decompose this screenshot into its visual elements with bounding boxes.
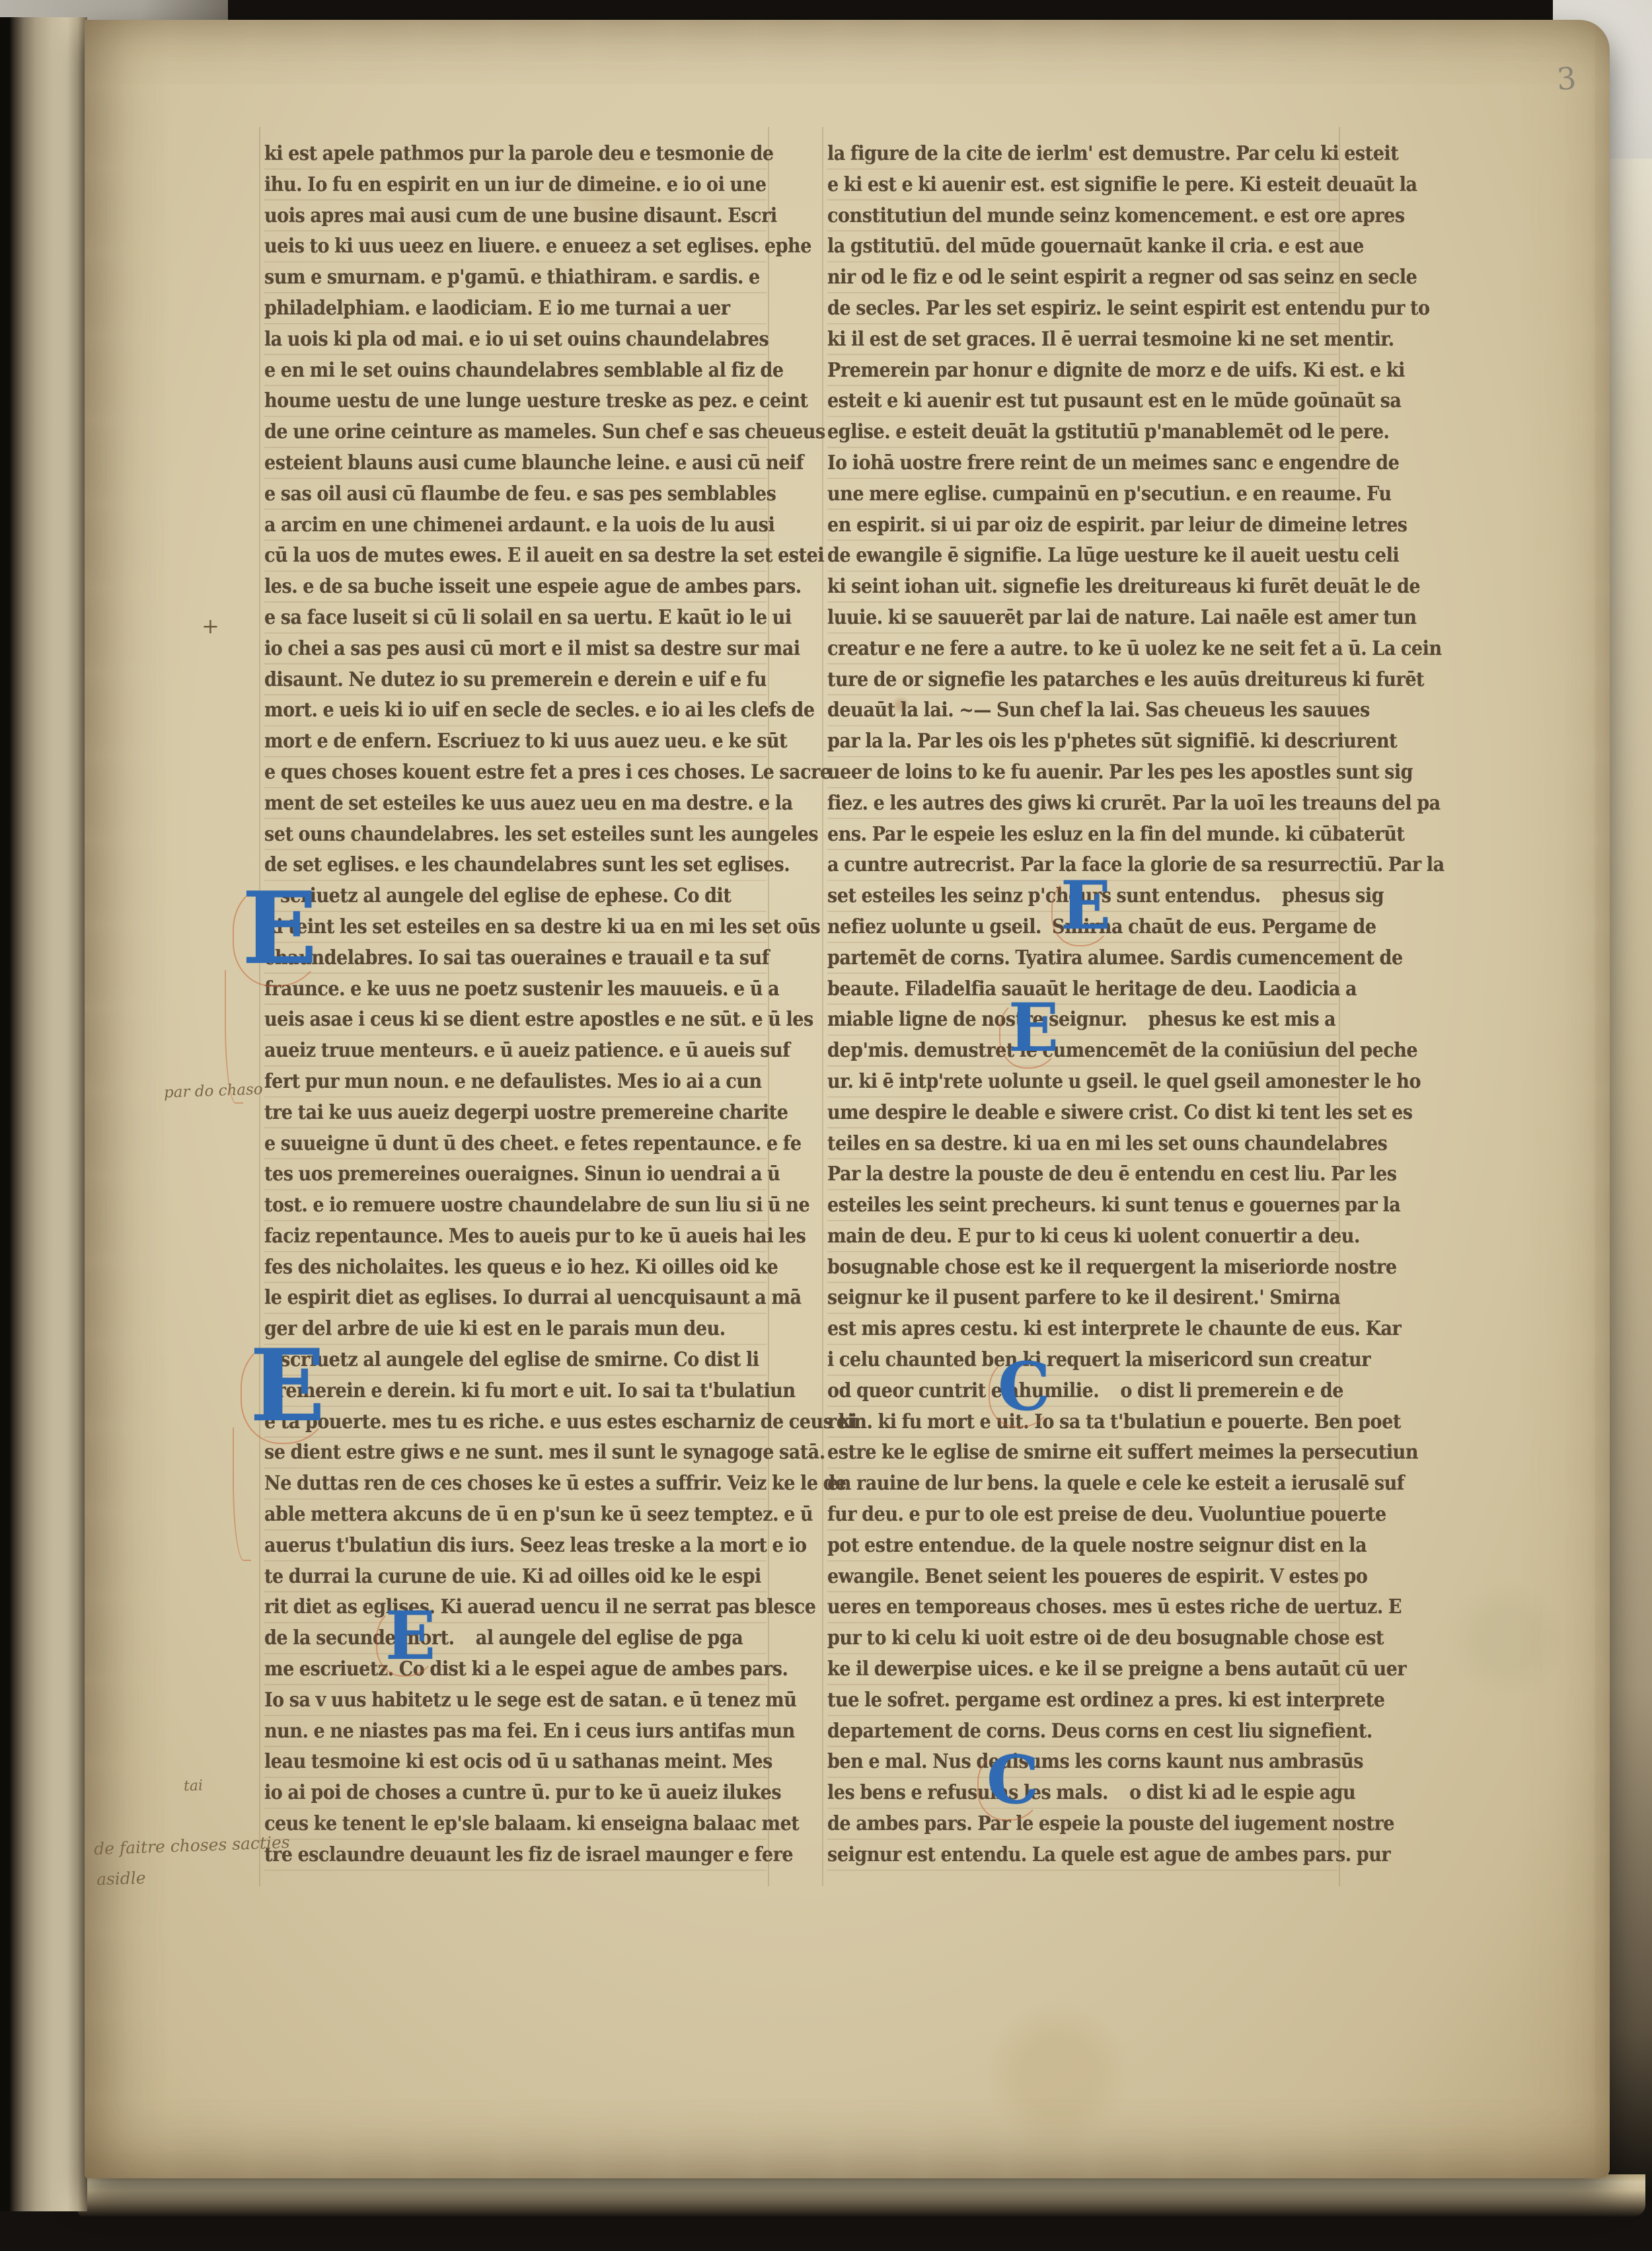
manuscript-text-line: faciz repentaunce. Mes to aueis pur to k…	[264, 1221, 716, 1252]
manuscript-photo: 3 ki est apele pathmos pur la parole deu…	[0, 0, 1652, 2251]
manuscript-text-line: ueer de loins to ke fu auenir. Par les p…	[827, 757, 1287, 788]
manuscript-text-line: pot estre entendue. de la quele nostre s…	[827, 1531, 1287, 1562]
manuscript-text-line: eglise. e esteit deuāt la gstitutiū p'ma…	[827, 417, 1287, 448]
manuscript-text-line: ceus ke tenent le ep'sle balaam. ki ense…	[264, 1809, 716, 1840]
manuscript-text-line: fes des nicholaites. les queus e io hez.…	[264, 1252, 716, 1283]
right-text-column: la figure de la cite de ierlm' est demus…	[827, 139, 1337, 1877]
manuscript-text-line: ki il est de set graces. Il ē uerrai tes…	[827, 324, 1287, 356]
manuscript-text-line: rit diet as eglises. Ki auerad uencu il …	[264, 1592, 716, 1623]
manuscript-text-line: de une orine ceinture as mameles. Sun ch…	[264, 417, 716, 448]
illuminated-initial: E	[242, 879, 317, 978]
margin-cross-mark: +	[202, 613, 219, 638]
folio-number: 3	[1556, 60, 1577, 97]
manuscript-text-line: ueres en temporeaus choses. mes ū estes …	[827, 1592, 1287, 1623]
manuscript-text-line: e ta pouerte. mes tu es riche. e uus est…	[264, 1407, 716, 1438]
manuscript-text-line: e sas oil ausi cū flaumbe de feu. e sas …	[264, 479, 716, 510]
manuscript-text-line: able mettera akcuns de ū en p'sun ke ū s…	[264, 1500, 716, 1531]
manuscript-text-line: houme uestu de une lunge uesture treske …	[264, 386, 716, 417]
manuscript-text-line: ment de set esteiles ke uus auez ueu en …	[264, 788, 716, 820]
manuscript-text-line: i celu chaunted ben ki requert la miseri…	[827, 1345, 1287, 1376]
manuscript-text-line: esteiles les seint precheurs. ki sunt te…	[827, 1190, 1287, 1221]
book-gutter	[0, 17, 87, 2211]
manuscript-text-line: partemēt de corns. Tyatira alumee. Sardi…	[827, 943, 1287, 974]
illuminated-initial: C	[987, 1747, 1039, 1813]
manuscript-text-line: la gstitutiū. del mūde gouernaūt kanke i…	[827, 231, 1287, 262]
manuscript-text-line: luuie. ki se sauuerēt par lai de nature.…	[827, 603, 1287, 634]
manuscript-text-line: tre esclaundre deuaunt les fiz de israel…	[264, 1840, 716, 1871]
manuscript-text-line: fur deu. e pur to ole est preise de deu.…	[827, 1500, 1287, 1531]
manuscript-text-line: ueis to ki uus ueez en liuere. e enueez …	[264, 231, 716, 262]
manuscript-text-line: main de deu. E pur to ki ceus ki uolent …	[827, 1221, 1287, 1252]
manuscript-text-line: mort e de enfern. Escriuez to ki uus aue…	[264, 726, 716, 757]
manuscript-text-line: nun. e ne niastes pas ma fei. En i ceus …	[264, 1716, 716, 1747]
manuscript-text-line: estre ke le eglise de smirne eit suffert…	[827, 1437, 1287, 1469]
manuscript-text-line: esteit e ki auenir est tut pusaunt est e…	[827, 386, 1287, 417]
manuscript-text-line: set ouns chaundelabres. les set esteiles…	[264, 820, 716, 851]
manuscript-text-line: ki seint iohan uit. signefie les dreitur…	[827, 572, 1287, 603]
manuscript-text-line: ki est apele pathmos pur la parole deu e…	[264, 139, 716, 170]
manuscript-text-line: e ques choses kouent estre fet a pres i …	[264, 757, 716, 788]
manuscript-text-line: pur to ki celu ki uoit estre oi de deu b…	[827, 1623, 1287, 1654]
manuscript-text-line: fraunce. e ke uus ne poetz sustenir les …	[264, 974, 716, 1005]
manuscript-text-line: seignur ke il pusent parfere to ke il de…	[827, 1283, 1287, 1314]
manuscript-text-line: nir od le fiz e od le seint espirit a re…	[827, 262, 1287, 293]
manuscript-text-line: en espirit. si ui par oiz de espirit. pa…	[827, 510, 1287, 541]
manuscript-text-line: ben e mal. Nus deuisums les corns kaunt …	[827, 1747, 1287, 1778]
manuscript-text-line: Io iohā uostre frere reint de un meimes …	[827, 448, 1287, 479]
manuscript-text-line: e sa face luseit si cū li solail en sa u…	[264, 603, 716, 634]
manuscript-text-line: seignur est entendu. La quele est ague d…	[827, 1840, 1287, 1871]
margin-note-bottom-1: de faitre choses sacties	[94, 1833, 290, 1858]
manuscript-text-line: od queor cuntrit e ahumilie. o dist li p…	[827, 1376, 1287, 1407]
manuscript-text-line: e suueigne ū dunt ū des cheet. e fetes r…	[264, 1129, 716, 1160]
manuscript-text-line: io ai poi de choses a cuntre ū. pur to k…	[264, 1778, 716, 1809]
manuscript-text-line: io chei a sas pes ausi cū mort e il mist…	[264, 634, 716, 665]
manuscript-text-line: se dient estre giws e ne sunt. mes il su…	[264, 1437, 716, 1469]
manuscript-text-line: ture de or signefie les patarches e les …	[827, 665, 1287, 696]
margin-note-tai: tai	[184, 1778, 204, 1795]
manuscript-text-line: la uois ki pla od mai. e io ui set ouins…	[264, 324, 716, 356]
illuminated-initial: E	[385, 1603, 435, 1669]
manuscript-text-line: scriuetz al aungele del eglise de ephese…	[264, 881, 716, 912]
manuscript-text-line: bosugnable chose est ke il requergent la…	[827, 1252, 1287, 1283]
manuscript-text-line: ens. Par le espeie les esluz en la fin d…	[827, 820, 1287, 851]
manuscript-text-line: scriuetz al aungele del eglise de smirne…	[264, 1345, 716, 1376]
left-text-column: ki est apele pathmos pur la parole deu e…	[264, 139, 767, 1877]
manuscript-text-line: une mere eglise. cumpainū en p'secutiun.…	[827, 479, 1287, 510]
manuscript-text-line: fiez. e les autres des giws ki crurēt. P…	[827, 788, 1287, 820]
book-bottom-edge	[78, 2174, 1645, 2217]
illuminated-initial: E	[250, 1336, 325, 1435]
manuscript-text-line: de ewangile ē signifie. La lūge uesture …	[827, 541, 1287, 572]
manuscript-text-line: e ki est e ki auenir est. est signifie l…	[827, 170, 1287, 201]
manuscript-text-line: Par la destre la pouste de deu ē entendu…	[827, 1159, 1287, 1190]
manuscript-text-line: philadelphiam. e laodiciam. E io me turn…	[264, 293, 716, 324]
margin-note-chase: par do chaso	[164, 1081, 264, 1101]
manuscript-text-line: Io sa v uus habitetz u le sege est de sa…	[264, 1685, 716, 1716]
manuscript-text-line: par la la. Par les ois les p'phetes sūt …	[827, 726, 1287, 757]
manuscript-text-line: en rauine de lur bens. la quele e cele k…	[827, 1469, 1287, 1500]
manuscript-text-line: fert pur mun noun. e ne defaulistes. Mes…	[264, 1067, 716, 1098]
manuscript-text-line: departement de corns. Deus corns en cest…	[827, 1716, 1287, 1747]
manuscript-text-line: auerus t'bulatiun dis iurs. Seez leas tr…	[264, 1531, 716, 1562]
manuscript-text-line: Ne duttas ren de ces choses ke ū estes a…	[264, 1469, 716, 1500]
manuscript-text-line: mort. e ueis ki io uif en secle de secle…	[264, 695, 716, 726]
manuscript-text-line: constitutiun del munde seinz komencement…	[827, 201, 1287, 232]
illuminated-initial: E	[1061, 872, 1111, 938]
manuscript-text-line: de la secunde mort. al aungele del eglis…	[264, 1623, 716, 1654]
manuscript-text-line: teiles en sa destre. ki ua en mi les set…	[827, 1129, 1287, 1160]
manuscript-text-line: de secles. Par les set espiriz. le seint…	[827, 293, 1287, 324]
manuscript-text-line: uois apres mai ausi cum de une busine di…	[264, 201, 716, 232]
manuscript-text-line: disaunt. Ne dutez io su premerein e dere…	[264, 665, 716, 696]
manuscript-text-line: esteient blauns ausi cume blaunche leine…	[264, 448, 716, 479]
manuscript-text-line: tost. e io remuere uostre chaundelabre d…	[264, 1190, 716, 1221]
manuscript-text-line: leau tesmoine ki est ocis od ū u sathana…	[264, 1747, 716, 1778]
manuscript-text-line: de ambes pars. Par le espeie la pouste d…	[827, 1809, 1287, 1840]
manuscript-text-line: ueis asae i ceus ki se dient estre apost…	[264, 1005, 716, 1036]
manuscript-text-line: ki teint les set esteiles en sa destre k…	[264, 912, 716, 943]
manuscript-text-line: ihu. Io fu en espirit en un iur de dimei…	[264, 170, 716, 201]
manuscript-text-line: te durrai la curune de uie. Ki ad oilles…	[264, 1562, 716, 1593]
manuscript-text-line: deuaūt la lai. ~— Sun chef la lai. Sas c…	[827, 695, 1287, 726]
manuscript-text-line: ewangile. Benet seient les poueres de es…	[827, 1562, 1287, 1593]
manuscript-text-line: tes uos premereines oueraignes. Sinun io…	[264, 1159, 716, 1190]
manuscript-text-line: les. e de sa buche isseit une espeie agu…	[264, 572, 716, 603]
manuscript-text-line: a arcim en une chimenei ardaunt. e la uo…	[264, 510, 716, 541]
manuscript-text-line: de set eglises. e les chaundelabres sunt…	[264, 850, 716, 881]
illuminated-initial: E	[1008, 995, 1059, 1061]
manuscript-text-line: creatur e ne fere a autre. to ke ū uolez…	[827, 634, 1287, 665]
manuscript-text-line: chaundelabres. Io sai tas oueraines e tr…	[264, 943, 716, 974]
manuscript-text-line: Premerein par honur e dignite de morz e …	[827, 356, 1287, 387]
manuscript-text-line: aueiz truue menteurs. e ū aueiz patience…	[264, 1036, 716, 1067]
parchment-page: 3 ki est apele pathmos pur la parole deu…	[85, 20, 1610, 2178]
manuscript-text-line: sum e smurnam. e p'gamū. e thiathiram. e…	[264, 262, 716, 293]
book-fore-edge	[1610, 159, 1652, 2194]
manuscript-text-line: ke il dewerpise uices. e ke il se preign…	[827, 1654, 1287, 1685]
manuscript-text-line: tue le sofret. pergame est ordinez a pre…	[827, 1685, 1287, 1716]
manuscript-text-line: me escriuetz. Co dist ki a le espei ague…	[264, 1654, 716, 1685]
manuscript-text-line: le espirit diet as eglises. Io durrai al…	[264, 1283, 716, 1314]
manuscript-text-line: tre tai ke uus aueiz degerpi uostre prem…	[264, 1098, 716, 1129]
manuscript-text-line: rein. ki fu mort e uit. Io sa ta t'bulat…	[827, 1407, 1287, 1438]
manuscript-text-line: ger del arbre de uie ki est en le parais…	[264, 1314, 716, 1345]
manuscript-text-line: a cuntre autrecrist. Par la face la glor…	[827, 850, 1287, 881]
manuscript-text-line: est mis apres cestu. ki est interprete l…	[827, 1314, 1287, 1345]
manuscript-text-line: la figure de la cite de ierlm' est demus…	[827, 139, 1287, 170]
manuscript-text-line: e en mi le set ouins chaundelabres sembl…	[264, 356, 716, 387]
manuscript-text-line: ume despire le deable e siwere crist. Co…	[827, 1098, 1287, 1129]
manuscript-text-line: les bens e refusums les mals. o dist ki …	[827, 1778, 1287, 1809]
manuscript-text-line: ur. ki ē intp'rete uolunte u gseil. le q…	[827, 1067, 1287, 1098]
illuminated-initial: C	[998, 1354, 1051, 1420]
margin-note-bottom-2: asidle	[96, 1868, 146, 1889]
manuscript-text-line: cū la uos de mutes ewes. E il aueit en s…	[264, 541, 716, 572]
